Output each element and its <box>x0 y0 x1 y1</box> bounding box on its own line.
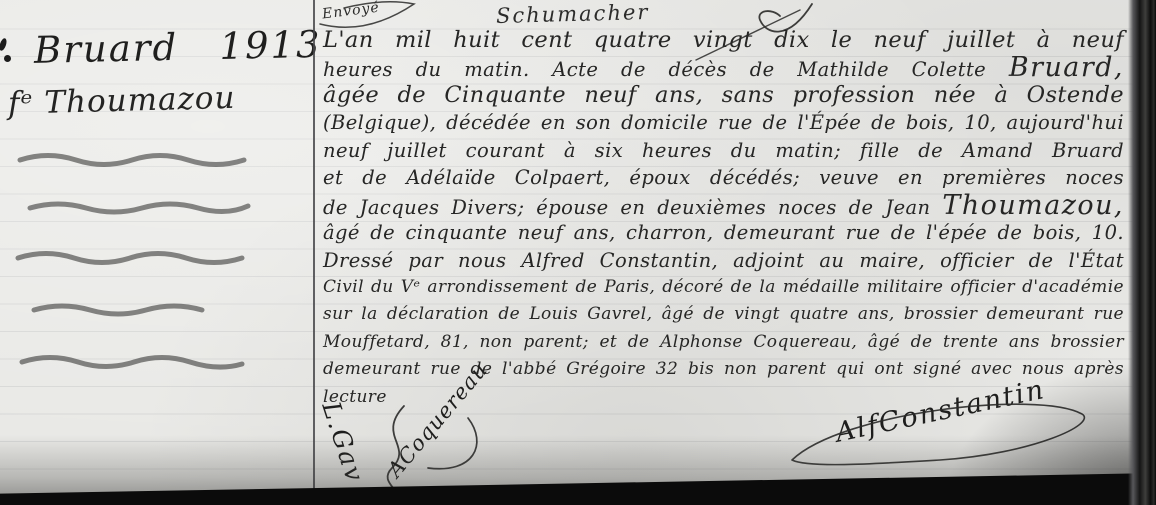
act-line: L'an mil huit cent quatre vingt dix le n… <box>323 27 1124 54</box>
act-line: sur la déclaration de Louis Gavrel, âgé … <box>323 301 1124 328</box>
act-line: et de Adélaïde Colpaert, époux décédés; … <box>323 164 1124 191</box>
deceased-surname: Bruard, <box>1009 52 1124 83</box>
margin-act-number: 1913 <box>219 23 322 68</box>
margin-surname: Bruard <box>34 26 179 72</box>
margin-rule-line <box>313 0 315 505</box>
act-line: neuf juillet courant à six heures du mat… <box>323 137 1124 164</box>
act-body: L'an mil huit cent quatre vingt dix le n… <box>323 27 1124 384</box>
margin-spouse-note: fᵉ Thoumazou <box>8 78 299 122</box>
act-line: Mouffetard, 81, non parent; et de Alphon… <box>323 329 1124 356</box>
husband-surname: Thoumazou, <box>942 190 1124 221</box>
previous-act-margin-name: Schumacher <box>496 0 650 28</box>
death-record-scan: Bruard 1913 fᵉ Thoumazou Envoyé Schumach… <box>0 0 1156 505</box>
act-line: de Jacques Divers; épouse en deuxièmes n… <box>323 192 1124 219</box>
bleed-through-text <box>10 130 300 430</box>
ink-speck <box>0 37 8 51</box>
act-line: (Belgique), décédée en son domicile rue … <box>323 109 1124 136</box>
act-line: âgée de Cinquante neuf ans, sans profess… <box>323 82 1124 109</box>
act-line: âgé de cinquante neuf ans, charron, deme… <box>323 219 1124 246</box>
ink-speck <box>4 55 11 62</box>
margin-deceased-name-and-act-number: Bruard 1913 <box>34 23 305 72</box>
act-line-text: de Jacques Divers; épouse en deuxièmes n… <box>323 196 942 219</box>
act-line: heures du matin. Acte de décès de Mathil… <box>323 54 1124 81</box>
binding-gutter-right <box>1128 0 1156 505</box>
act-line: Dressé par nous Alfred Constantin, adjoi… <box>323 247 1124 274</box>
act-line-text: heures du matin. Acte de décès de Mathil… <box>323 58 1009 81</box>
act-line: Civil du Vᵉ arrondissement de Paris, déc… <box>323 274 1124 301</box>
